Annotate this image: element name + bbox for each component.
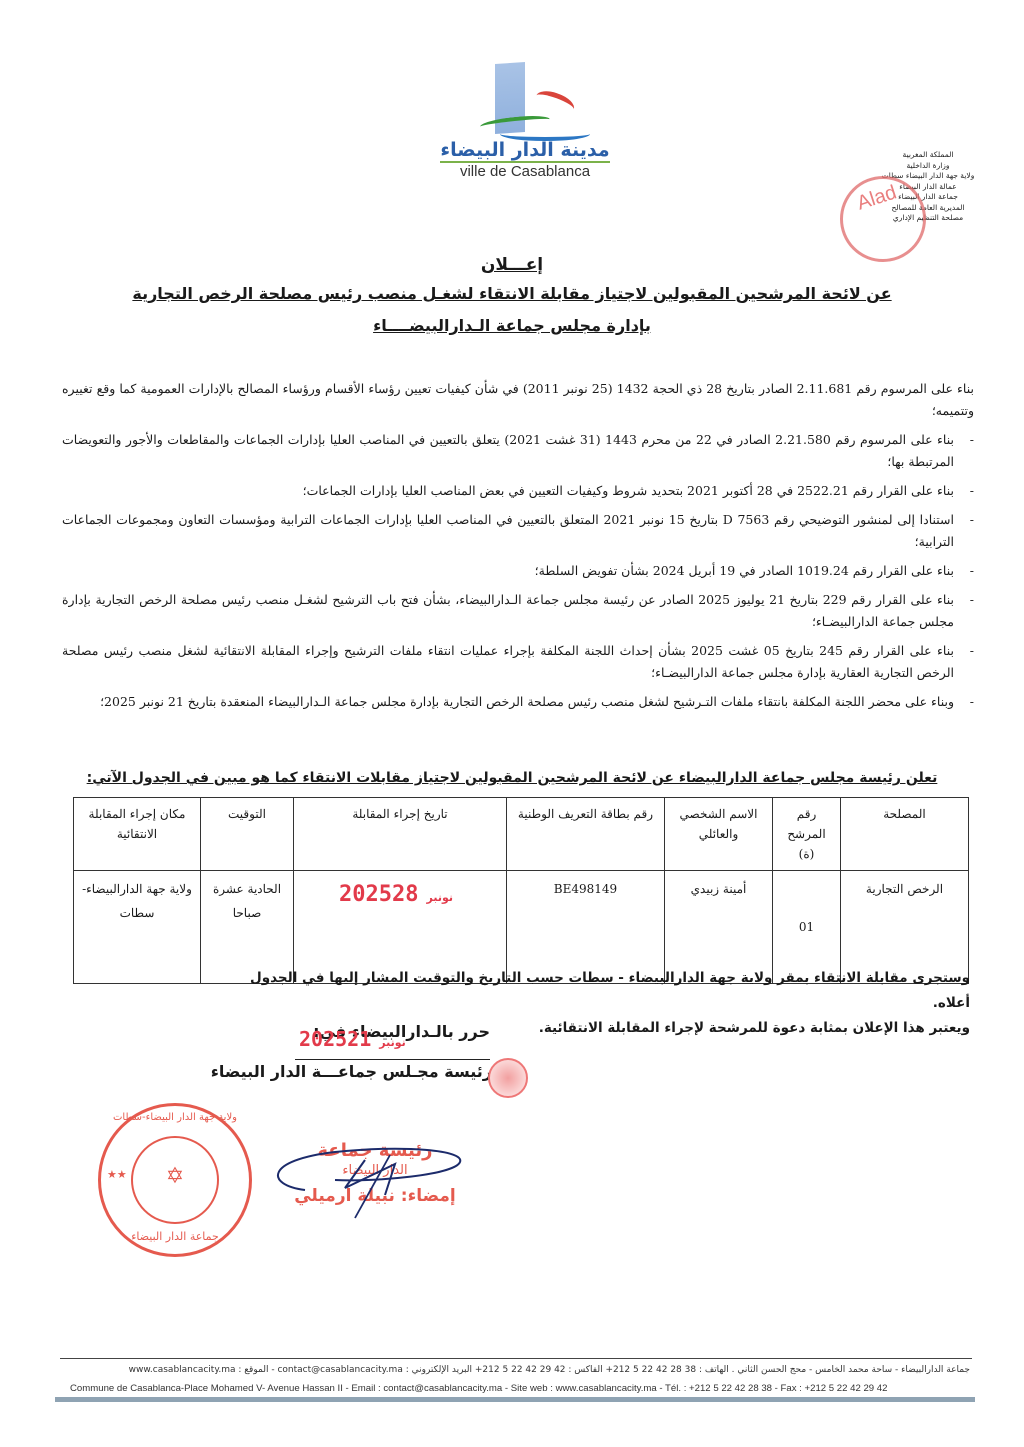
reference-text: بناء على القرار رقم 229 بتاريخ 21 يوليوز… <box>62 592 954 629</box>
issued-date-stamp: 2025نونبر21 <box>299 1027 414 1051</box>
reference-paragraph: بناء على المرسوم رقم 2.11.681 الصادر بتا… <box>62 378 974 422</box>
reference-text: وبناء على محضر اللجنة المكلفة بانتقاء مل… <box>100 694 954 709</box>
bullet-dash: - <box>970 691 974 713</box>
reference-text: بناء على المرسوم رقم 2.11.681 الصادر بتا… <box>62 381 974 418</box>
logo-red-swoosh-icon <box>533 87 577 119</box>
reference-text: بناء على القرار رقم 2522.21 في 28 أكتوبر… <box>303 483 954 498</box>
ministry-line: وزارة الداخلية <box>868 161 988 172</box>
announcement-title: إعـــلان <box>0 255 1024 275</box>
seal-stars-icon: ★★ <box>107 1168 127 1181</box>
header-candidate-number: رقم المرشح (ة) <box>773 798 841 871</box>
header-location: مكان إجراء المقابلة الانتقائية <box>74 798 201 871</box>
logo-french-name: ville de Casablanca <box>440 163 610 180</box>
header-service: المصلحة <box>841 798 969 871</box>
president-title: رئيسة مجـلس جماعـــة الدار البيضاء <box>200 1062 492 1081</box>
reference-text: بناء على القرار رقم 1019.24 الصادر في 19… <box>535 563 954 578</box>
date-day: 21 <box>347 1027 371 1051</box>
reference-paragraph: - بناء على القرار رقم 2522.21 في 28 أكتو… <box>62 480 974 502</box>
bullet-dash: - <box>970 589 974 611</box>
cell-location: ولاية جهة الدارالبيضاء- سطات <box>74 871 201 984</box>
reference-paragraph: - بناء على القرار رقم 229 بتاريخ 21 يولي… <box>62 589 974 633</box>
handwritten-signature-icon <box>245 1140 495 1220</box>
registry-stamp-text: Alad <box>854 181 899 215</box>
reference-paragraph: - بناء على القرار رقم 245 بتاريخ 05 غشت … <box>62 640 974 684</box>
date-day: 28 <box>392 882 419 907</box>
logo-arabic-name: مدينة الدار البيضاء <box>440 139 610 163</box>
reference-paragraph: - وبناء على محضر اللجنة المكلفة بانتقاء … <box>62 691 974 713</box>
issued-date-line: 2025نونبر21 <box>295 1041 490 1060</box>
reference-paragraph: - استنادا إلى لمنشور التوضيحي رقم D 7563… <box>62 509 974 553</box>
casablanca-city-logo: مدينة الدار البيضاء ville de Casablanca <box>440 55 610 180</box>
legal-references: بناء على المرسوم رقم 2.11.681 الصادر بتا… <box>62 378 974 720</box>
issued-at: حرر بالـدارالبيضاء في: 2025نونبر21 <box>130 1022 490 1060</box>
reference-text: استنادا إلى لمنشور التوضيحي رقم D 7563 ب… <box>62 512 954 549</box>
bullet-dash: - <box>970 640 974 662</box>
announcement-subject-line2: بإدارة مجلس جماعة الـدارالبيضــــاء <box>0 316 1024 335</box>
date-year: 2025 <box>339 882 392 907</box>
footer-bar <box>55 1397 975 1402</box>
official-round-seal-icon: ولاية جهة الدار البيضاء-سطات ★★ ✡ جماعة … <box>98 1103 252 1257</box>
header-full-name: الاسم الشخصي والعائلي <box>665 798 773 871</box>
header-cin: رقم بطاقة التعريف الوطنية <box>507 798 665 871</box>
bullet-dash: - <box>970 429 974 451</box>
footer-divider <box>60 1358 972 1359</box>
announcement-statement: تعلن رئيسة مجلس جماعة الدارالبيضاء عن لا… <box>0 770 1024 786</box>
bullet-dash: - <box>970 509 974 531</box>
date-year: 2025 <box>299 1027 347 1051</box>
closing-line-venue: وستجرى مقابلة الانتقاء بمقر ولاية جهة ال… <box>220 966 970 1016</box>
date-month: نونبر <box>426 891 453 904</box>
announcement-subject-line1: عن لائحة المرشحين المقبولين لاجتياز مقاب… <box>0 284 1024 303</box>
reference-text: بناء على القرار رقم 245 بتاريخ 05 غشت 20… <box>62 643 954 680</box>
header-interview-date: تاريخ إجراء المقابلة <box>294 798 507 871</box>
registry-stamp-icon: Alad <box>840 176 926 262</box>
seal-ring-top-text: ولاية جهة الدار البيضاء-سطات <box>101 1112 249 1123</box>
seal-ring-bottom-text: جماعة الدار البيضاء <box>101 1230 249 1243</box>
moroccan-star-icon: ✡ <box>133 1164 217 1189</box>
reference-text: بناء على المرسوم رقم 2.21.580 الصادر في … <box>62 432 954 469</box>
date-month: نونبر <box>379 1036 406 1049</box>
seal-inner-ring: ✡ <box>131 1136 219 1224</box>
header-time: التوقيت <box>201 798 294 871</box>
ministry-line: المملكة المغربية <box>868 150 988 161</box>
footer-arabic-contact: جماعة الدارالبيضاء - ساحة محمد الخامس - … <box>70 1365 970 1375</box>
initials-seal-icon <box>488 1058 528 1098</box>
reference-paragraph: - بناء على القرار رقم 1019.24 الصادر في … <box>62 560 974 582</box>
interview-date-stamp: 2025نونبر28 <box>339 883 461 910</box>
table-header-row: المصلحة رقم المرشح (ة) الاسم الشخصي والع… <box>74 798 969 871</box>
bullet-dash: - <box>970 480 974 502</box>
candidates-table: المصلحة رقم المرشح (ة) الاسم الشخصي والع… <box>73 797 969 984</box>
reference-paragraph: - بناء على المرسوم رقم 2.21.580 الصادر ف… <box>62 429 974 473</box>
bullet-dash: - <box>970 560 974 582</box>
footer-french-contact: Commune de Casablanca-Place Mohamed V- A… <box>70 1383 970 1394</box>
